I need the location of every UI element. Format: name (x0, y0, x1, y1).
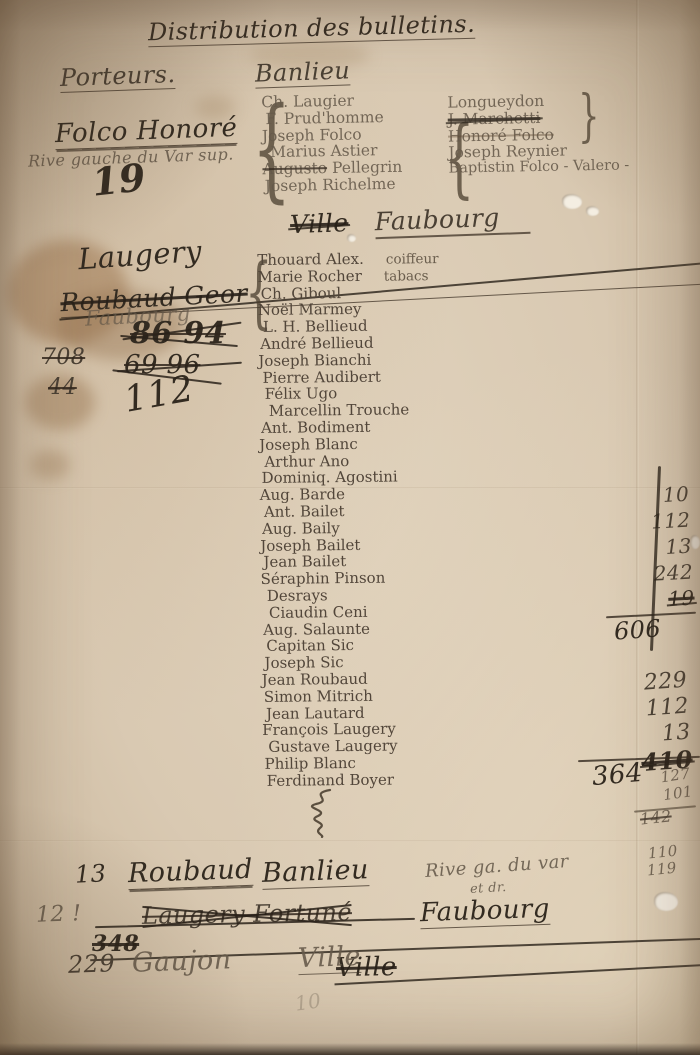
list-item: Joseph Bianchi (258, 350, 439, 369)
list-item: Ant. Bailet (264, 501, 445, 520)
struck-number: 44 (48, 376, 77, 399)
bottom-line1-note: Rive ga. du var (425, 853, 570, 882)
bottom-line3-place: Ville (297, 943, 361, 976)
list-item: Aug. Barde (260, 484, 441, 503)
list-item: Joseph Sic (264, 652, 445, 671)
list-item: Joseph Bailet (260, 535, 441, 554)
list-item: Aug. Baily (262, 518, 443, 537)
bottom-line1-name: Roubaud (128, 856, 254, 891)
bottom-line1-note2: et dr. (470, 881, 507, 897)
paper-tear (562, 194, 582, 209)
bottom-line1-place: Banlieu (262, 856, 370, 890)
section2-header: Ville Faubourg (290, 204, 531, 239)
document-page: Distribution des bulletins. Porteurs. Fo… (0, 0, 700, 1055)
list-item: Arthur Ano (264, 451, 445, 470)
list-item: Jean Roubaud (262, 669, 443, 688)
bottom-line1-num: 13 (74, 861, 107, 888)
list-item: Jean Bailet (263, 551, 444, 570)
list-item: Félix Ugo (265, 383, 446, 402)
tally-total: 606 (613, 616, 662, 644)
list-item: Séraphin Pinson (261, 568, 442, 587)
struck-tally-total: 142 (639, 808, 672, 828)
page-title: Distribution des bulletins. (148, 12, 476, 48)
right-tally-3: 127 101 (634, 766, 694, 809)
ink-stain (30, 450, 70, 480)
list-item: Thouard Alex.coiffeur (257, 249, 438, 268)
faubourg-header: Faubourg (374, 202, 530, 239)
left-block-name1: Laugery (77, 236, 203, 275)
paper-tear (654, 892, 678, 911)
list-item: François Laugery (262, 719, 443, 738)
faint-pencil-mark: 10 (294, 990, 323, 1014)
list-item: Gustave Laugery (268, 736, 449, 755)
right-tally-1: 10 112 13 242 19 (597, 484, 696, 619)
list-item: Philip Blanc (264, 753, 445, 772)
bottom-line2-place: Faubourg (420, 896, 551, 930)
tally-value: 119 (646, 860, 677, 879)
list-item: Simon Mitrich (264, 686, 445, 705)
faubourg-list: Thouard Alex.coiffeur Marie Rochertabacs… (257, 249, 444, 788)
list-item: Ciaudin Ceni (269, 602, 450, 621)
list-item: Jean Lautard (266, 703, 447, 722)
bottom-line2-num: 12 ! (36, 902, 82, 927)
list-item: Marcellin Trouche (269, 400, 450, 419)
list-item: Capitan Sic (266, 635, 447, 654)
struck-number: 708 (42, 346, 85, 369)
bottom-line3-num: 229 (68, 951, 116, 978)
struck-tally-value: 19 (668, 588, 696, 615)
list-item: Ch. Giboul (261, 283, 442, 302)
banlieue-group1: Ch. Laugier F. Prud'homme Joseph Folco M… (261, 91, 403, 194)
list-item: L. H. Bellieud (263, 316, 444, 335)
list-item: Pierre Audibert (262, 367, 443, 386)
carrier-count: 19 (90, 157, 148, 202)
paper-tear (586, 206, 599, 216)
fold-crease-horizontal (0, 840, 700, 842)
left-tally: 86 94 708 44 69 96 112 (42, 318, 232, 433)
list-item: Ant. Bodiment (261, 417, 442, 436)
list-item: Aug. Salaunte (263, 619, 444, 638)
bottom-line3-name: Gaujon (132, 946, 232, 978)
list-item: Marie Rochertabacs (257, 266, 438, 285)
struck-ville-header: Ville (290, 208, 349, 239)
list-item: Baptistin Folco - Valero - (448, 158, 629, 178)
list-item: Dominiq. Agostini (261, 467, 442, 486)
flourish-squiggle (300, 788, 340, 838)
list-item: Desrays (267, 585, 448, 604)
scan-edge (0, 1043, 700, 1055)
list-item: Joseph Richelme (265, 175, 405, 194)
list-item: Noël Marmey (258, 299, 439, 318)
porteurs-header: Porteurs. (60, 62, 176, 93)
list-item: André Bellieud (260, 333, 441, 352)
banlieue-group2: Longueydon J. Marchetti Honoré Folco Jos… (447, 90, 629, 177)
list-item: Ferdinand Boyer (267, 770, 448, 789)
list-item: Joseph Blanc (259, 434, 440, 453)
